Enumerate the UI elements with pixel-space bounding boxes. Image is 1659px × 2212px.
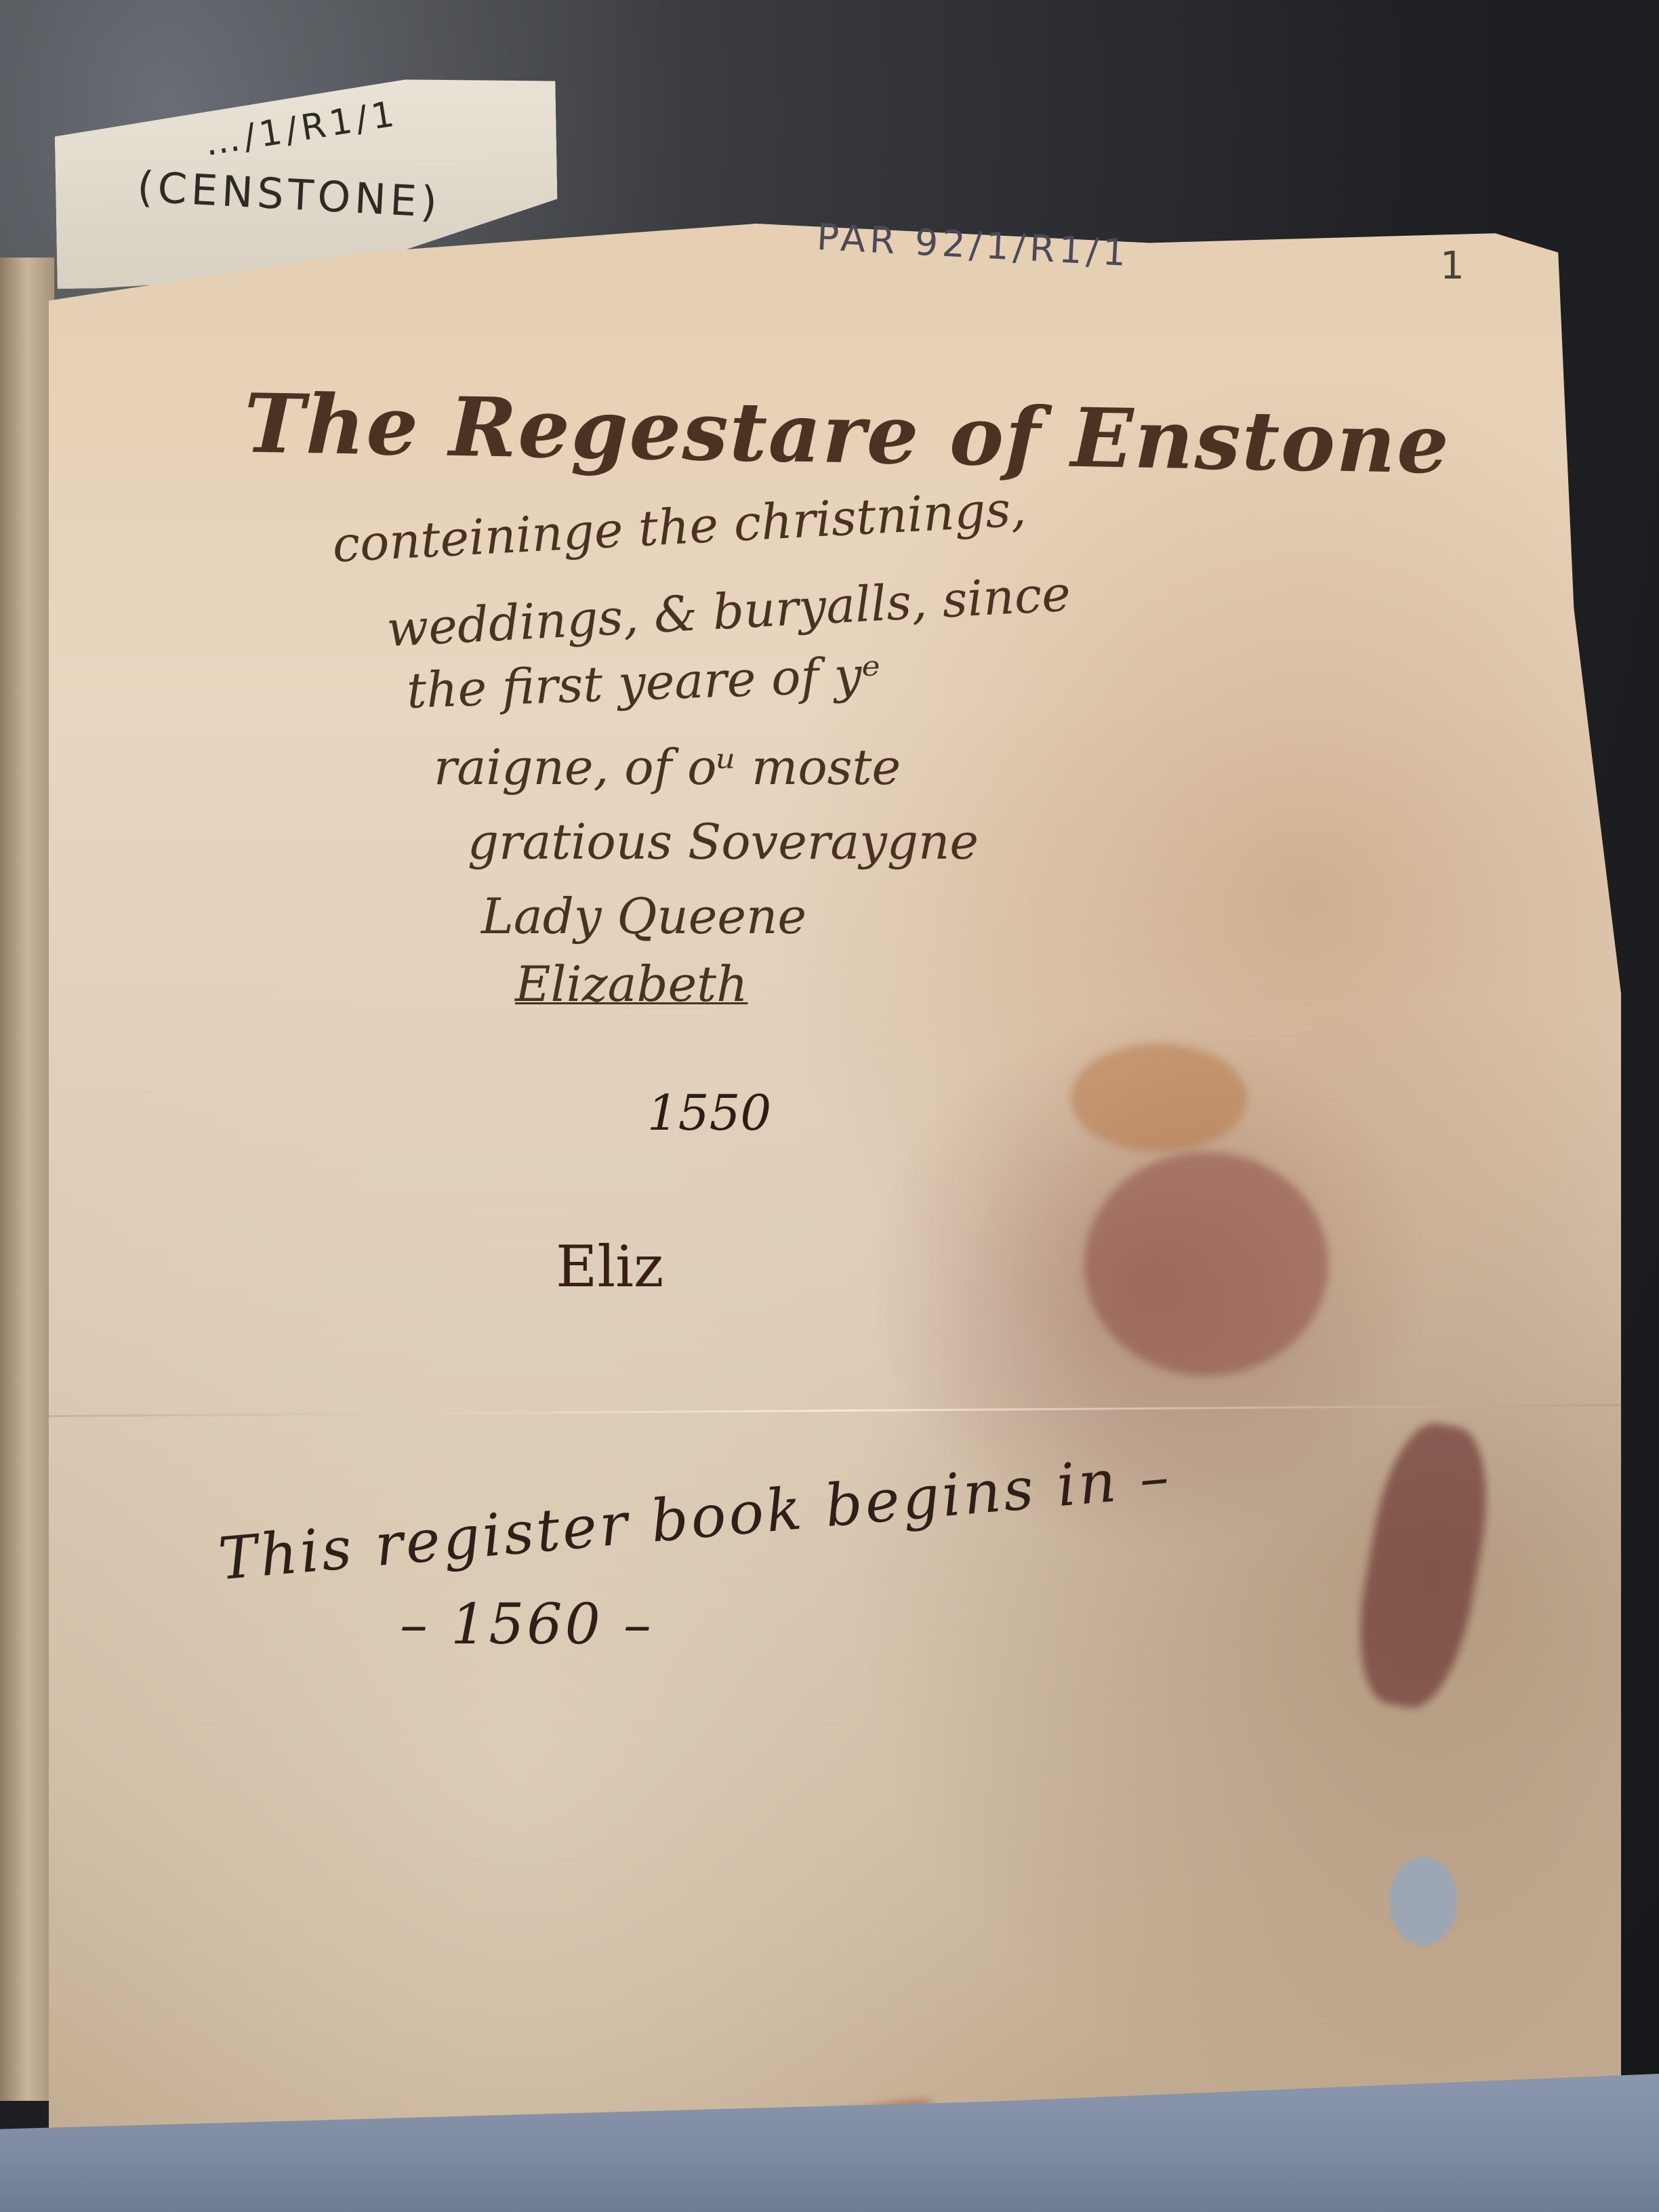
page-hole [1389, 1857, 1457, 1945]
year-annotation: 1550 [647, 1084, 771, 1141]
water-stain [1071, 1044, 1247, 1152]
folio-number: 1 [1440, 244, 1465, 288]
ink-stain [1084, 1152, 1328, 1376]
later-note-line-2: – 1560 – [400, 1593, 654, 1657]
title-line: raigne, of oᵘ moste [434, 739, 901, 796]
eliz-annotation: Eliz [556, 1233, 663, 1300]
title-line: Lady Queene [481, 888, 806, 945]
title-line: gratious Soveraygne [468, 813, 979, 870]
slip-parish-name: (CENSTONE) [136, 162, 443, 227]
title-line-elizabeth: Elizabeth [515, 956, 747, 1012]
left-page-edge [0, 258, 56, 2101]
